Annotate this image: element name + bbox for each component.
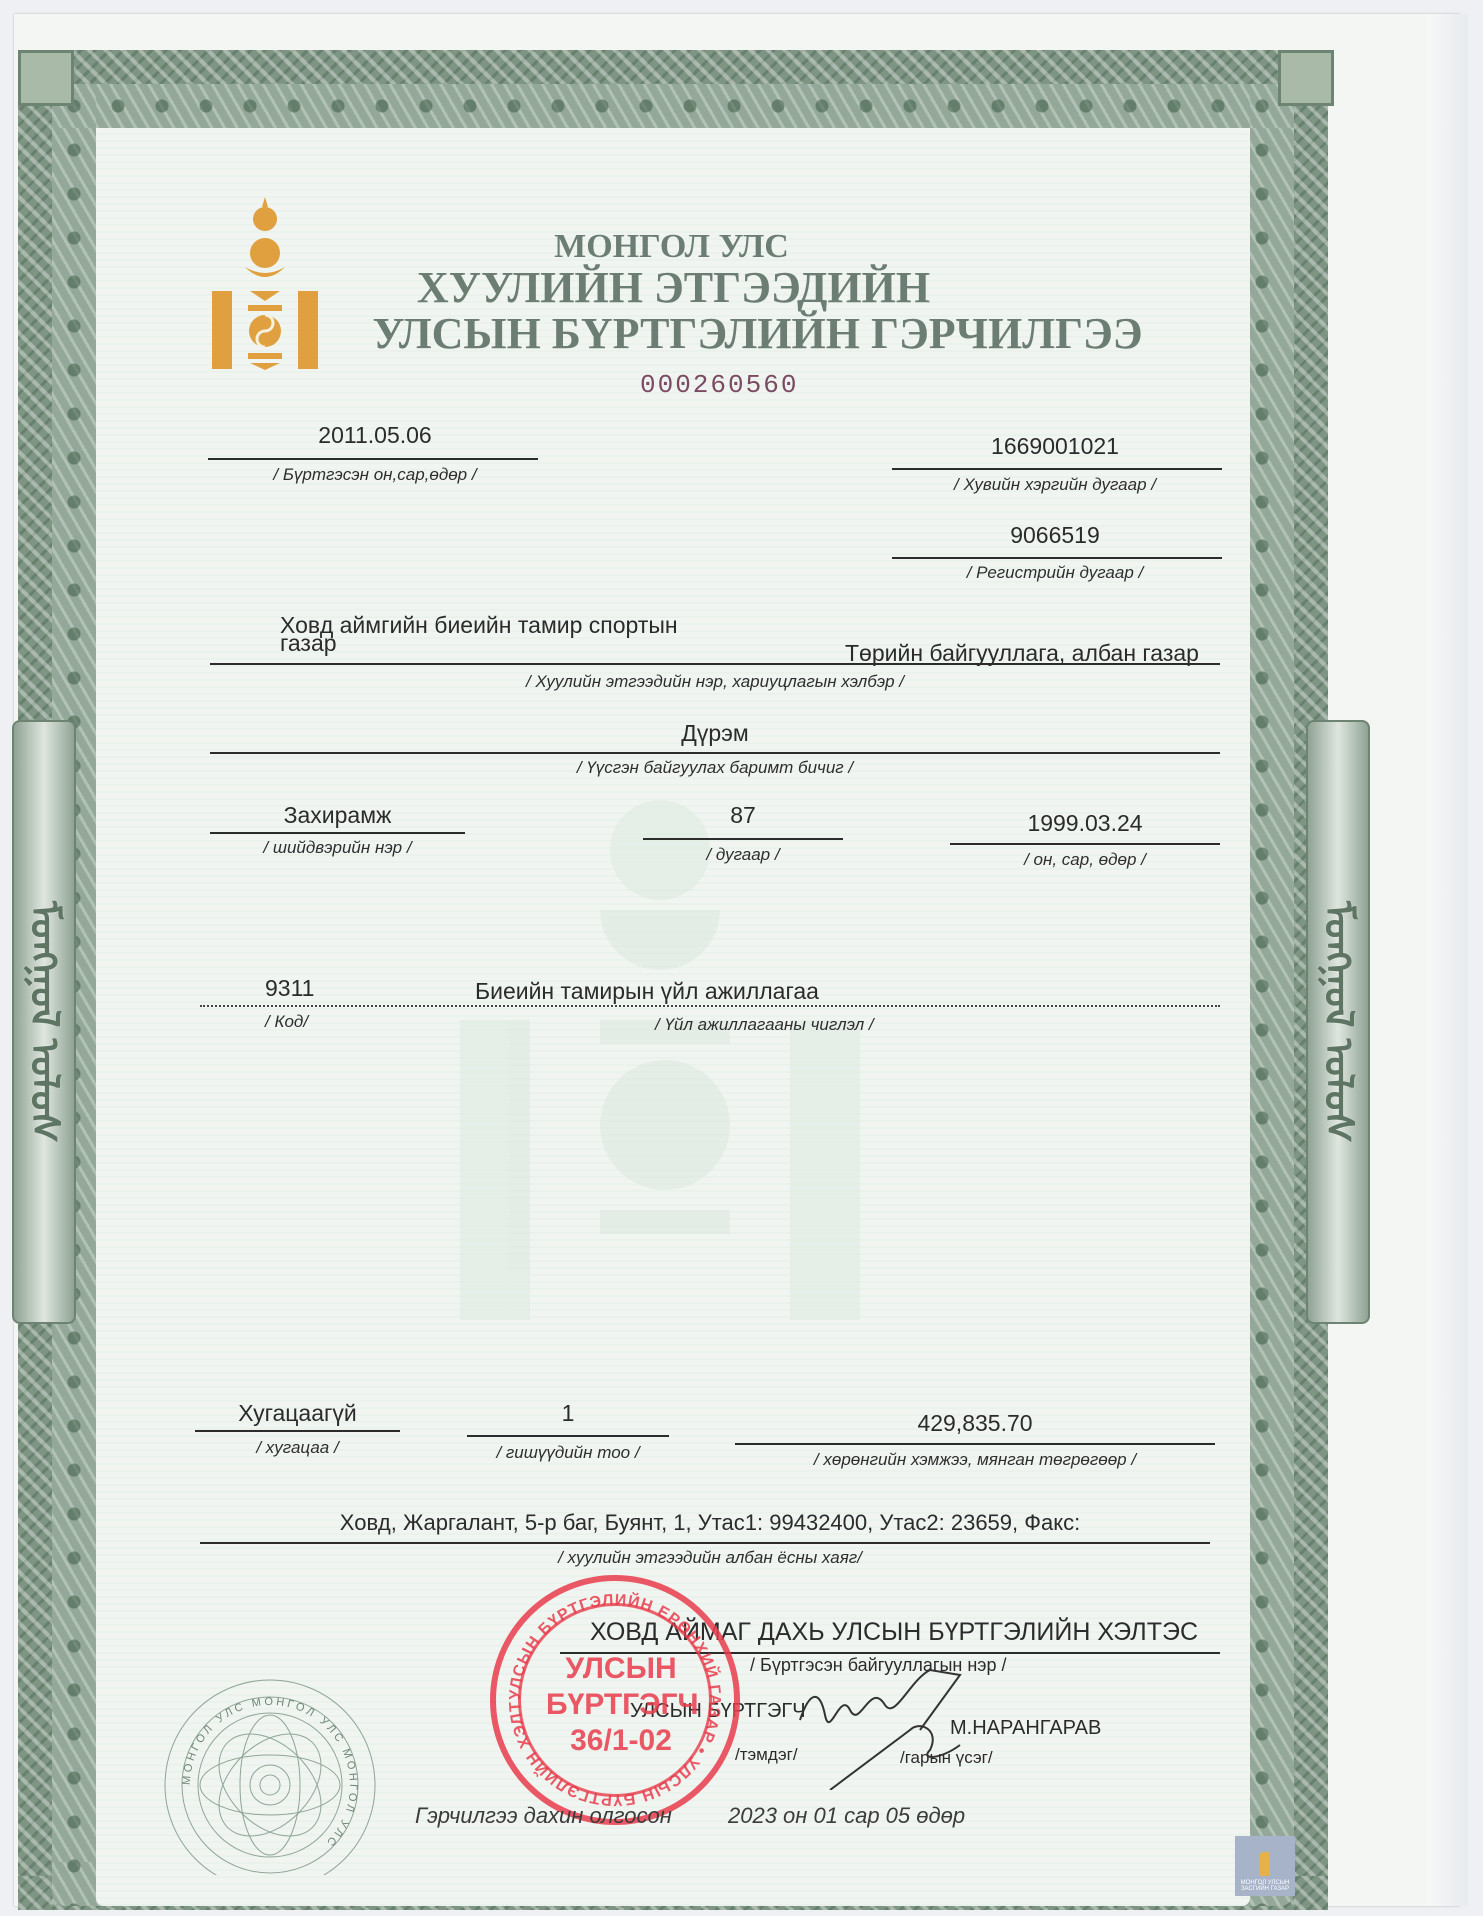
activity-code-caption: / Код/ [265, 1012, 308, 1032]
decision-number-value: 87 [643, 802, 843, 829]
field-underline [210, 752, 1220, 754]
right-mongolian-script-banner: ᠮᠣᠩᠭᠣᠯ ᠤᠯᠤᠰ [1306, 720, 1370, 1324]
decision-date-value: 1999.03.24 [950, 810, 1220, 837]
guilloche-rosette-icon: МОНГОЛ УЛС МОНГОЛ УЛС МОНГОЛ УЛС [150, 1635, 390, 1875]
field-underline [892, 557, 1222, 559]
members-count-caption: / гишүүдийн тоо / [467, 1443, 669, 1463]
decision-number-caption: / дугаар / [643, 845, 843, 865]
guilloche-text: МОНГОЛ УЛС МОНГОЛ УЛС МОНГОЛ УЛС [181, 1696, 359, 1850]
stamp-center-line1: УЛСЫН [546, 1651, 696, 1687]
capital-value: 429,835.70 [735, 1410, 1215, 1437]
registrar-name: М.НАРАНГАРАВ [950, 1717, 1101, 1740]
official-red-stamp: УЛСЫН БҮРТГЭЛИЙН ЕРӨНХИЙ ГАЗАР • УЛСЫН Б… [490, 1575, 740, 1825]
soyombo-icon [1260, 1852, 1270, 1876]
field-underline [735, 1443, 1215, 1445]
personal-file-number-caption: / Хувийн хэргийн дугаар / [890, 475, 1220, 495]
seal-caption: /тэмдэг/ [735, 1745, 798, 1765]
corner-ornament-top-left [18, 50, 74, 106]
decision-name-value: Захирамж [210, 802, 465, 829]
activity-caption: / Үйл ажиллагааны чиглэл / [655, 1015, 874, 1035]
svg-text:МОНГОЛ УЛС МОНГОЛ УЛС МОНГОЛ У: МОНГОЛ УЛС МОНГОЛ УЛС МОНГОЛ УЛС [181, 1696, 359, 1850]
certificate-title-line1: ХУУЛИЙН ЭТГЭЭДИЙН [0, 262, 1415, 313]
personal-file-number-value: 1669001021 [890, 433, 1220, 460]
field-underline [195, 1430, 400, 1432]
country-title: МОНГОЛ УЛС [0, 228, 1413, 266]
field-underline [892, 468, 1222, 470]
founding-document-value: Дүрэм [210, 720, 1220, 747]
left-mongolian-script-banner: ᠮᠣᠩᠭᠣᠯ ᠤᠯᠤᠰ [12, 720, 76, 1324]
field-underline [200, 1542, 1210, 1544]
certificate-title-line2: УЛСЫН БҮРТГЭЛИЙН ГЭРЧИЛГЭЭ [16, 308, 1483, 359]
signature-icon [790, 1650, 970, 1790]
decision-date-caption: / он, сар, өдөр / [950, 850, 1220, 870]
term-value: Хугацаагүй [195, 1400, 400, 1427]
entity-name-caption: / Хуулийн этгээдийн нэр, хариуцлагын хэл… [210, 672, 1220, 692]
activity-code-value: 9311 [265, 975, 314, 1002]
register-number-value: 9066519 [890, 522, 1220, 549]
corner-ornament-top-right [1278, 50, 1334, 106]
field-underline [210, 832, 465, 834]
address-value: Ховд, Жаргалант, 5-р баг, Буянт, 1, Утас… [200, 1510, 1220, 1536]
reissue-label: Гэрчилгээ дахин олгосон [415, 1803, 672, 1829]
serial-number: 000260560 [640, 370, 798, 400]
gov-logo-line2: ЗАСГИЙН ГАЗАР [1241, 1886, 1289, 1892]
soyombo-watermark [540, 760, 800, 1320]
field-underline [208, 458, 538, 460]
registration-date-caption: / Бүртгэсэн он,сар,өдөр / [210, 465, 540, 485]
register-number-caption: / Регистрийн дугаар / [890, 563, 1220, 583]
reissue-date: 2023 он 01 сар 05 өдөр [728, 1803, 965, 1829]
field-underline [950, 843, 1220, 845]
mongolian-script-text: ᠮᠣᠩᠭᠣᠯ ᠤᠯᠤᠰ [9, 901, 79, 1143]
address-caption: / хуулийн этгээдийн албан ёсны хаяг/ [200, 1548, 1220, 1568]
stamp-center-line3: 36/1-02 [546, 1723, 696, 1759]
entity-name-line1: Ховд аймгийн биеийн тамир спортын [280, 615, 678, 635]
entity-name-line2: газар [280, 633, 337, 653]
mongolian-script-text: ᠮᠣᠩᠭᠣᠯ ᠤᠯᠤᠰ [1303, 901, 1373, 1143]
field-underline [200, 1005, 1220, 1007]
activity-value: Биеийн тамирын үйл ажиллагаа [475, 978, 819, 1005]
field-underline [210, 663, 1220, 665]
founding-document-caption: / Үүсгэн байгуулах баримт бичиг / [210, 758, 1220, 778]
decision-name-caption: / шийдвэрийн нэр / [210, 838, 465, 858]
term-caption: / хугацаа / [195, 1438, 400, 1458]
registration-date-value: 2011.05.06 [210, 422, 540, 449]
government-logo: МОНГОЛ УЛСЫН ЗАСГИЙН ГАЗАР [1235, 1836, 1295, 1896]
field-underline [467, 1435, 669, 1437]
members-count-value: 1 [467, 1400, 669, 1427]
page-edge [1428, 14, 1468, 1906]
field-underline [643, 838, 843, 840]
capital-caption: / хөрөнгийн хэмжээ, мянган төгрөгөөр / [735, 1450, 1215, 1470]
stamp-center-line2: БҮРТГЭГЧ [546, 1687, 696, 1723]
